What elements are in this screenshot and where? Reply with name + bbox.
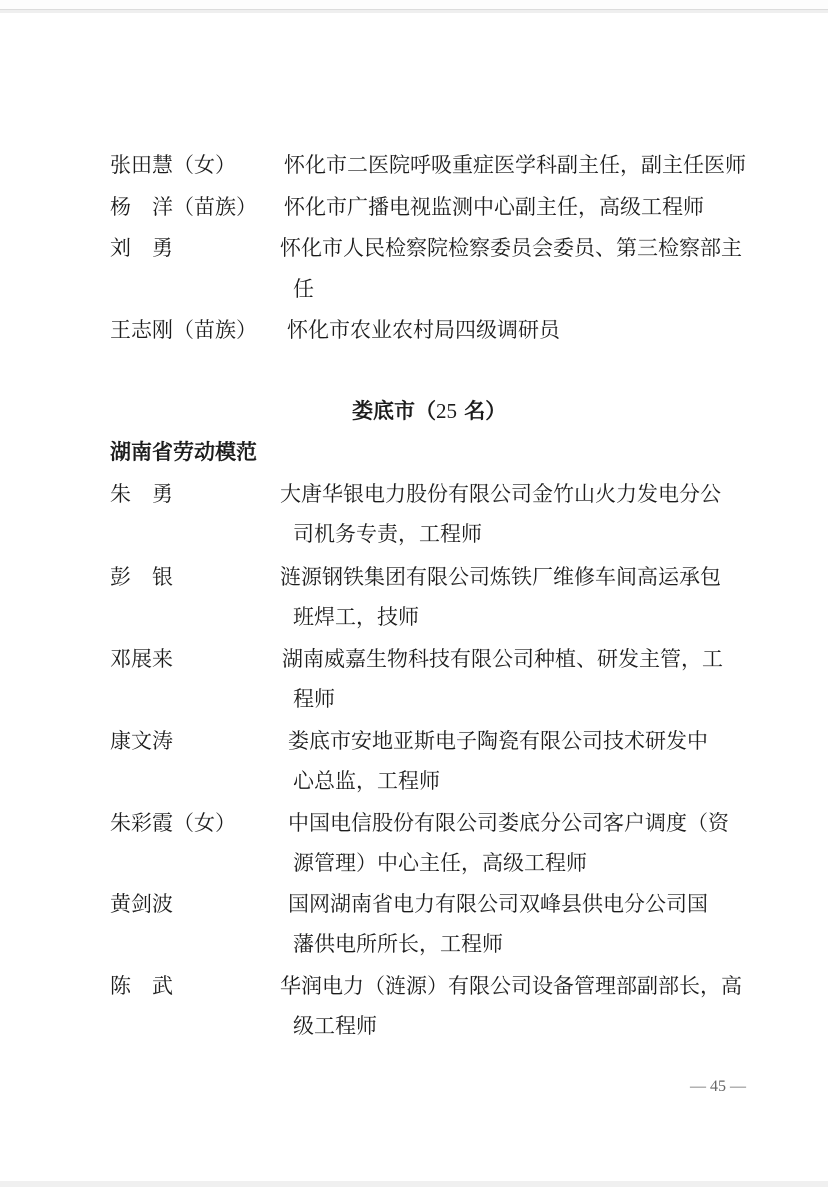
person-name: 朱 勇: [110, 482, 173, 506]
person-title: 怀化市二医院呼吸重症医学科副主任，副主任医师: [284, 153, 746, 177]
person-name: 张田慧（女）: [110, 153, 236, 177]
person-name: 朱彩霞（女）: [110, 811, 236, 835]
person-title: 怀化市人民检察院检察委员会委员、第三检察部主: [280, 236, 742, 260]
person-title-continued: 任: [293, 277, 314, 301]
top-edge: [0, 0, 828, 10]
bottom-edge: [0, 1181, 828, 1187]
person-name: 陈 武: [110, 974, 173, 998]
person-title-continued: 级工程师: [293, 1014, 377, 1038]
person-title-continued: 心总监，工程师: [293, 769, 440, 793]
person-name: 刘 勇: [110, 236, 173, 260]
person-title: 华润电力（涟源）有限公司设备管理部副部长，高: [280, 974, 742, 998]
top-edge-shadow: [0, 10, 828, 13]
person-title: 国网湖南省电力有限公司双峰县供电分公司国: [288, 892, 708, 916]
person-title-continued: 班焊工，技师: [293, 605, 419, 629]
person-name: 黄剑波: [110, 892, 173, 916]
category-heading: 湖南省劳动模范: [110, 440, 257, 464]
person-title: 涟源钢铁集团有限公司炼铁厂维修车间高运承包: [280, 565, 721, 589]
person-title-continued: 司机务专责，工程师: [293, 522, 482, 546]
person-title: 湖南威嘉生物科技有限公司种植、研发主管，工: [282, 647, 723, 671]
person-title: 怀化市广播电视监测中心副主任，高级工程师: [284, 195, 704, 219]
person-name: 邓展来: [110, 647, 173, 671]
person-title-continued: 源管理）中心主任，高级工程师: [293, 851, 587, 875]
person-name: 杨 洋（苗族）: [110, 195, 257, 219]
page-number: — 45 —: [690, 1078, 746, 1096]
person-title: 怀化市农业农村局四级调研员: [287, 318, 560, 342]
person-title: 娄底市安地亚斯电子陶瓷有限公司技术研发中: [288, 729, 708, 753]
person-title-continued: 程师: [293, 687, 335, 711]
person-title: 大唐华银电力股份有限公司金竹山火力发电分公: [280, 482, 721, 506]
person-name: 康文涛: [110, 729, 173, 753]
person-title: 中国电信股份有限公司娄底分公司客户调度（资: [288, 811, 729, 835]
section-heading-city: 娄底市（25 名）: [352, 399, 506, 423]
person-name: 彭 银: [110, 565, 173, 589]
person-name: 王志刚（苗族）: [110, 318, 257, 342]
person-title-continued: 藩供电所所长，工程师: [293, 932, 503, 956]
